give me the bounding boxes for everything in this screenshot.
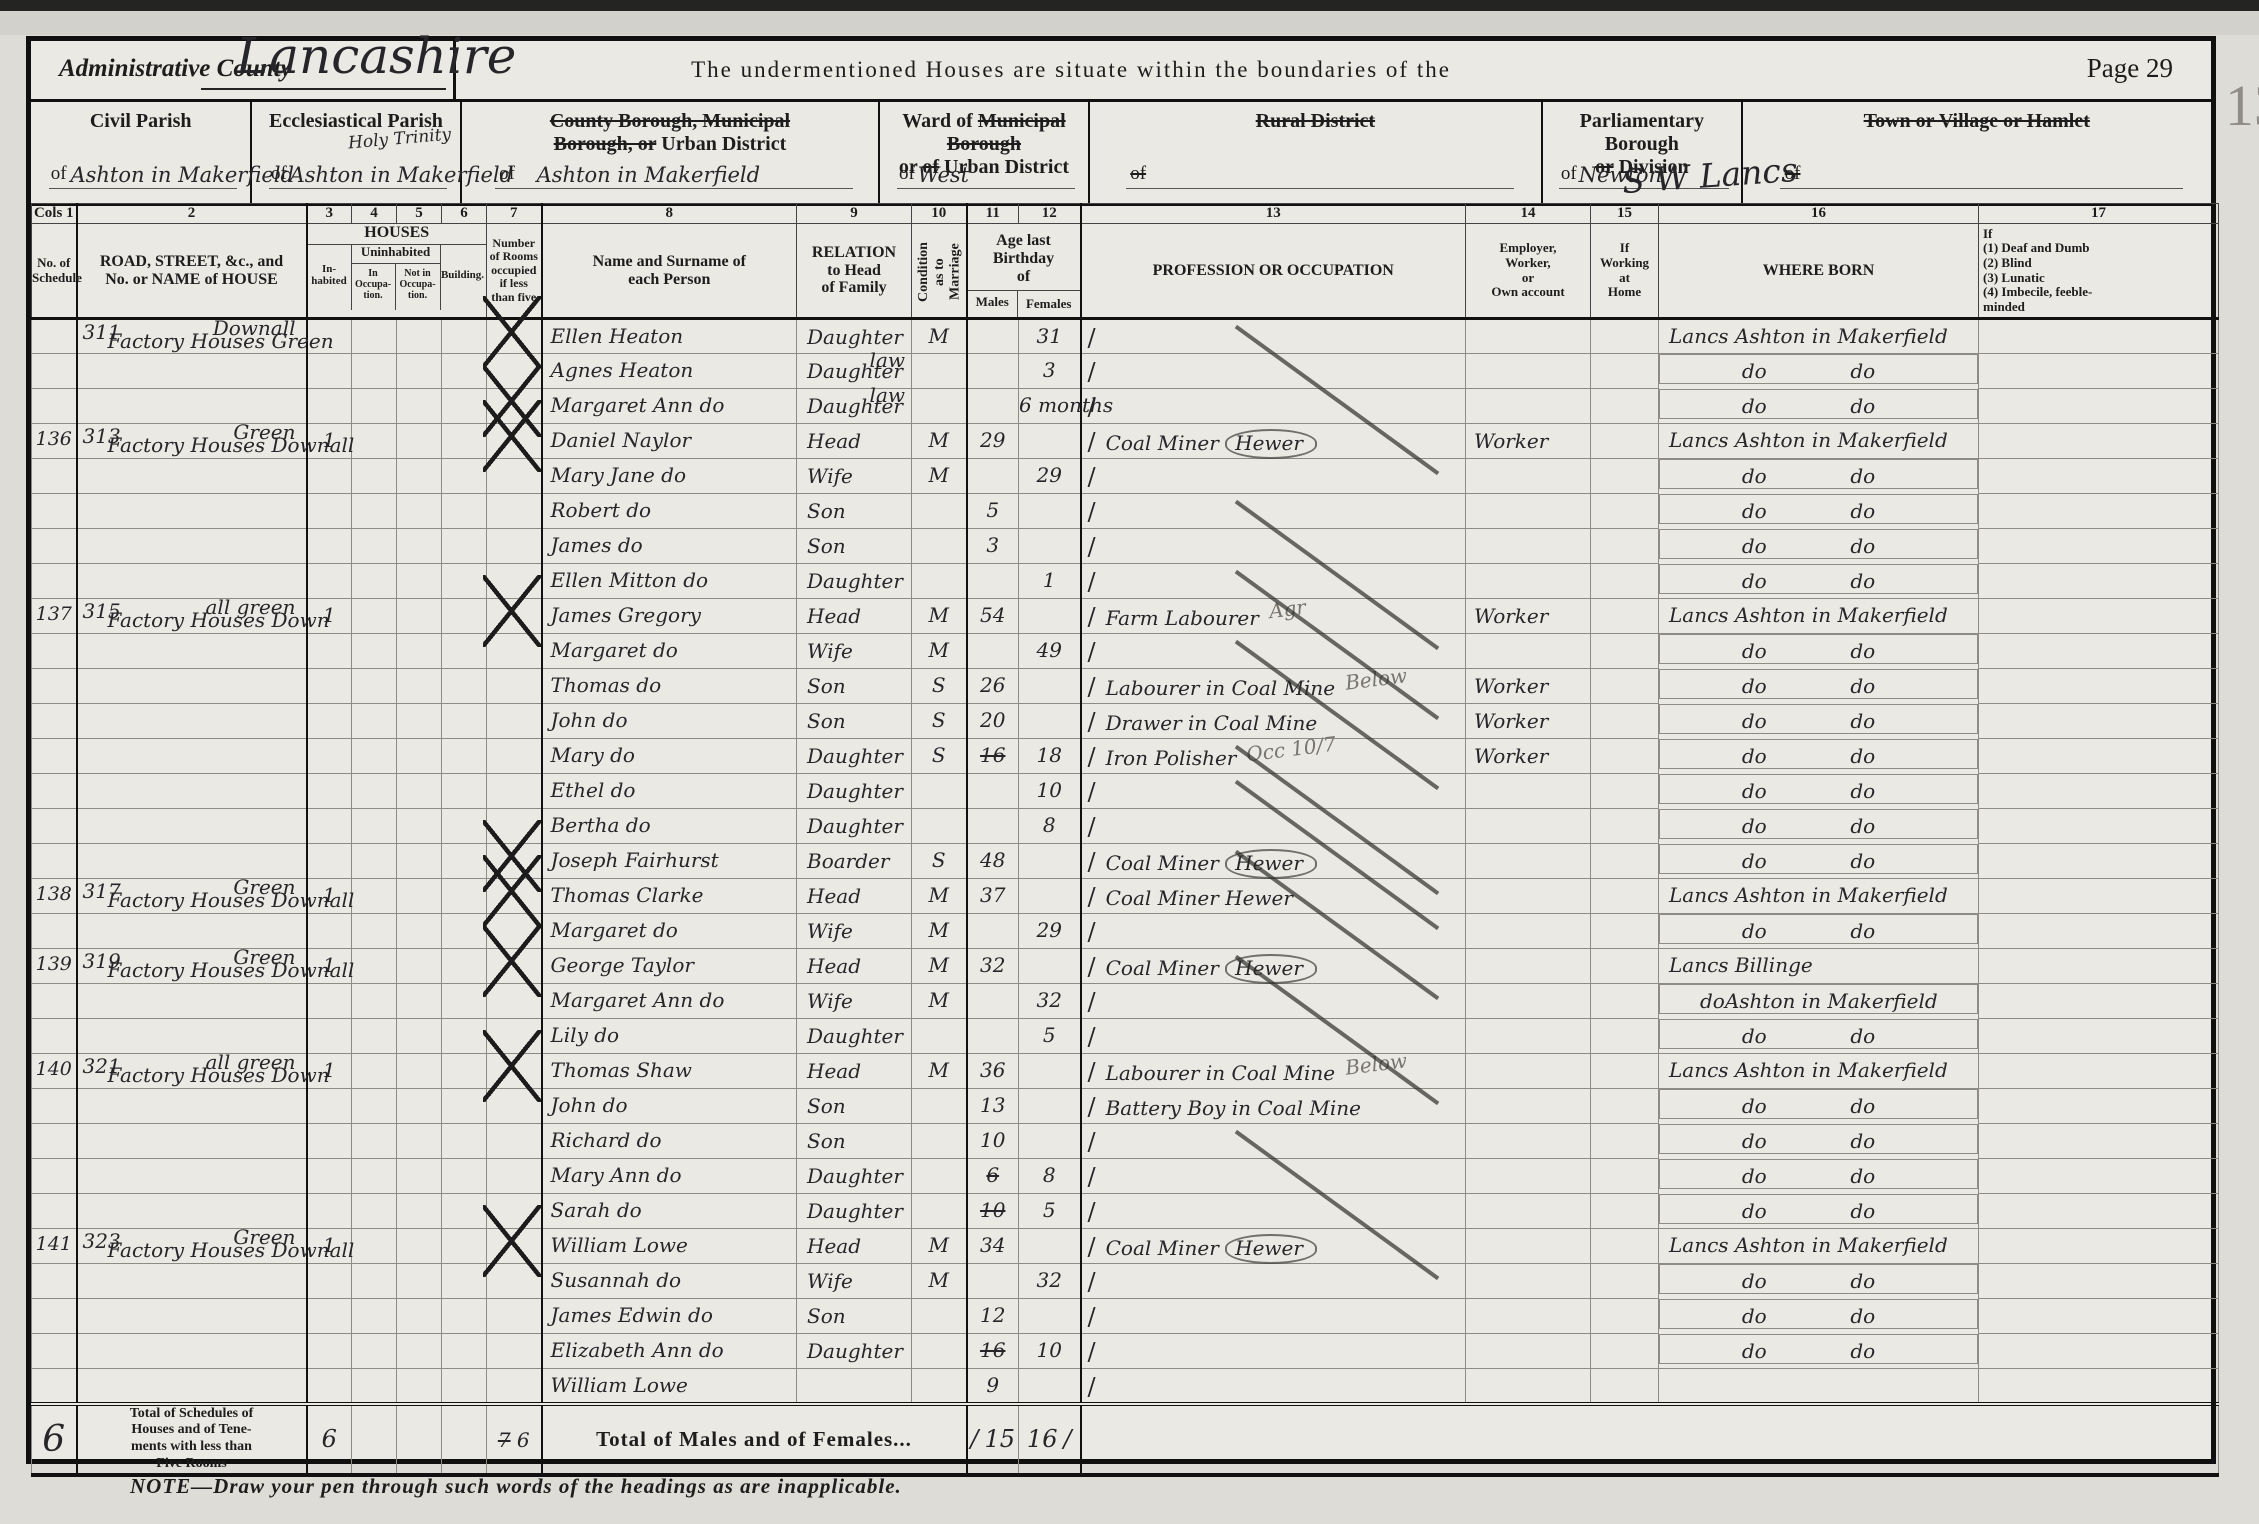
occupation-text: Farm Labourer [1106,606,1259,630]
rooms-cell [487,494,542,529]
rooms-cell [487,1369,542,1404]
born-left: do [1742,1199,1767,1223]
infirmity-cell [1979,1089,2219,1124]
building-cell [442,494,487,529]
totals-empty-cell [1081,1404,2219,1475]
district-title-text: Urban District [656,133,786,155]
inhabited-cell [307,1264,352,1299]
home-cell [1591,1124,1659,1159]
street-cell [77,844,307,879]
schedule-cell [32,739,77,774]
in-occupation-cell [352,1159,397,1194]
born-right: do [1850,1304,1875,1328]
totals-rooms-cell: 7 6 [487,1404,542,1475]
street-cell: 319Factory Houses DownallGreen [77,949,307,984]
age-male-cell: 6 [967,1159,1019,1194]
infirmity-cell [1979,914,2219,949]
street-cell [77,354,307,389]
employer-cell: Worker [1466,669,1591,704]
born-right: do [1850,849,1875,873]
age-female-cell [1019,529,1081,564]
person-row: 136313Factory Houses DownallGreen1Daniel… [32,424,2219,459]
home-cell [1591,739,1659,774]
condition-cell: M [912,459,967,494]
pencil-annotation: Below [1344,1048,1409,1079]
building-cell [442,1159,487,1194]
rooms-cell [487,529,542,564]
infirmity-cell [1979,424,2219,459]
person-row: Margaret Ann doDaughterlaw6 monthsdodo [32,389,2219,424]
header-inhabited: In- habited [308,245,352,310]
footer-note: NOTE—Draw your pen through such words of… [130,1474,902,1499]
name-cell: Ellen Mitton do [542,564,797,599]
relation-cell: Head [797,879,912,914]
name-cell: Susannah do [542,1264,797,1299]
not-in-occupation-cell [397,529,442,564]
occupation-cell [1081,494,1466,529]
relation-cell [797,1369,912,1404]
inhabited-cell [307,1369,352,1404]
rooms-cell [487,564,542,599]
born-left: do [1742,814,1767,838]
schedule-cell [32,844,77,879]
street-cell [77,494,307,529]
age-male-cell: 5 [967,494,1019,529]
born-right: do [1850,709,1875,733]
employer-cell [1466,494,1591,529]
born-left: Lancs Billinge [1669,953,1813,977]
admin-band: Administrative County Lancashire The und… [31,41,2211,102]
person-row: 141323Factory Houses DownallGreen1Willia… [32,1229,2219,1264]
born-cell: dodo [1659,494,1978,524]
district-fill-line [495,188,853,189]
age-male-cell [967,914,1019,949]
person-row: Mary doDaughterS1618Iron PolisherOcc 10/… [32,739,2219,774]
in-occupation-cell [352,1369,397,1404]
relation-cell: Head [797,599,912,634]
street-cell [77,704,307,739]
age-female-cell: 3 [1019,354,1081,389]
born-right: do [1850,1269,1875,1293]
condition-cell: M [912,319,967,354]
street-cell [77,1159,307,1194]
relation-cell: Son [797,494,912,529]
occupation-cell: Labourer in Coal MineBelow [1081,1054,1466,1089]
occupation-cell: Coal Miner Hewer [1081,1229,1466,1264]
street-name: Factory Houses Downall [108,1238,355,1262]
condition-cell: M [912,424,967,459]
age-female-cell [1019,1229,1081,1264]
building-cell [442,809,487,844]
relation-cell: Daughter [797,809,912,844]
occupation-text: Labourer in Coal Mine [1106,1061,1336,1085]
condition-cell [912,1334,967,1369]
born-left: Lancs Ashton in Makerfield [1669,1233,1948,1257]
street-suffix: all green [206,1050,296,1074]
totals-empty-cell [352,1404,397,1475]
employer-cell: Worker [1466,424,1591,459]
district-of-label: of [499,163,515,185]
born-cell: dodo [1659,739,1978,769]
infirmity-cell [1979,389,2219,424]
person-row: Sarah doDaughter105dodo [32,1194,2219,1229]
rooms-cell [487,424,542,459]
in-occupation-cell [352,704,397,739]
occupation-circled-word: Hewer [1225,1234,1317,1264]
name-cell: Robert do [542,494,797,529]
relation-cell: Son [797,704,912,739]
street-cell [77,809,307,844]
struck-age: 6 [986,1163,999,1187]
condition-cell: S [912,704,967,739]
header-relation: RELATION to Head of Family [797,224,912,319]
street-name: Factory Houses Downall [108,433,355,457]
born-left: do [1742,919,1767,943]
born-right: do [1850,744,1875,768]
street-cell [77,1369,307,1404]
home-cell [1591,914,1659,949]
employer-cell [1466,879,1591,914]
age-value: 26 [980,673,1005,697]
relation-cell: Wife [797,914,912,949]
employer-cell [1466,634,1591,669]
header-employer: Employer, Worker, or Own account [1466,224,1591,319]
born-cell: dodo [1659,704,1978,734]
home-cell [1591,809,1659,844]
header-road-street: ROAD, STREET, &c., and No. or NAME of HO… [77,224,307,319]
inhabited-cell [307,774,352,809]
street-cell: 323Factory Houses DownallGreen [77,1229,307,1264]
relation-cell: Daughter [797,1159,912,1194]
occupation-cell [1081,319,1466,354]
margin-stamp-number: 13 [2225,72,2259,139]
condition-cell: M [912,914,967,949]
person-row: 138317Factory Houses DownallGreen1Thomas… [32,879,2219,914]
schedule-cell [32,1299,77,1334]
infirmity-cell [1979,774,2219,809]
occupation-cell [1081,1299,1466,1334]
col-number: 5 [397,204,442,224]
born-cell: dodo [1659,1194,1978,1224]
in-occupation-cell [352,879,397,914]
age-female-cell [1019,1369,1081,1404]
person-row: Lily doDaughter5dodo [32,1019,2219,1054]
infirmity-cell [1979,739,2219,774]
home-cell [1591,704,1659,739]
age-male-cell: 37 [967,879,1019,914]
building-cell [442,1089,487,1124]
inhabited-cell [307,914,352,949]
not-in-occupation-cell [397,1054,442,1089]
infirmity-cell [1979,704,2219,739]
age-male-cell: 32 [967,949,1019,984]
schedule-cell [32,529,77,564]
condition-cell: S [912,739,967,774]
district-of-label: of [51,163,67,185]
schedule-cell [32,914,77,949]
inhabited-cell [307,634,352,669]
totals-females-cell: 16 [1019,1404,1081,1475]
infirmity-cell [1979,1159,2219,1194]
born-left: do [1742,359,1767,383]
born-left: do [1742,1269,1767,1293]
schedule-cell [32,564,77,599]
name-cell: Mary Ann do [542,1159,797,1194]
age-female-cell [1019,494,1081,529]
condition-cell [912,1299,967,1334]
street-cell: 315Factory Houses Downall green [77,599,307,634]
district-fill-line [897,188,1075,189]
header-males: Males [968,291,1018,317]
district-of-label: of [1130,163,1146,185]
totals-schedule-cell: 6 [32,1404,77,1475]
relation-cell: Head [797,1054,912,1089]
home-cell [1591,564,1659,599]
not-in-occupation-cell [397,809,442,844]
district-title: Civil Parish [31,102,250,133]
occupation-text: Coal Miner Hewer [1106,886,1293,910]
inhabited-cell [307,494,352,529]
occupation-cell [1081,1334,1466,1369]
rooms-cell [487,389,542,424]
age-value: 3 [986,533,999,557]
condition-cell: S [912,669,967,704]
born-cell: dodo [1659,1334,1978,1364]
rooms-cell [487,1229,542,1264]
person-row: Mary Jane doWifeM29dodo [32,459,2219,494]
employer-cell [1466,949,1591,984]
employer-cell [1466,1229,1591,1264]
header-in-occupation: In Occupa- tion. [352,264,396,310]
born-left: do [1742,1024,1767,1048]
district-town-village-hamlet: Town or Village or Hamletof [1743,102,2211,203]
born-cell: dodo [1659,1124,1978,1154]
header-houses: HOUSES [308,224,487,245]
age-male-cell [967,459,1019,494]
age-male-cell: 10 [967,1124,1019,1159]
district-fill-line [1780,188,2183,189]
age-female-cell: 8 [1019,809,1081,844]
header-infirmity: If (1) Deaf and Dumb (2) Blind (3) Lunat… [1979,224,2219,319]
rooms-cell [487,1054,542,1089]
relation-cell: Daughter [797,1019,912,1054]
in-occupation-cell [352,774,397,809]
occupation-circled-word: Hewer [1225,429,1317,459]
relation-cell: Son [797,529,912,564]
person-row: Richard doSon10dodo [32,1124,2219,1159]
age-value: 32 [980,953,1005,977]
in-occupation-cell [352,1194,397,1229]
header-age: Age last Birthday of [968,224,1080,290]
born-right: do [1850,569,1875,593]
street-cell [77,1299,307,1334]
census-table-head: Cols 1 2 3 4 5 6 7 8 9 10 11 12 13 14 [32,204,2219,319]
born-right: do [1850,674,1875,698]
building-cell [442,774,487,809]
building-cell [442,1019,487,1054]
person-row: Agnes HeatonDaughterlaw3dodo [32,354,2219,389]
totals-rooms-value: 6 [511,1428,530,1452]
not-in-occupation-cell [397,1194,442,1229]
condition-cell [912,354,967,389]
street-cell [77,564,307,599]
occupation-cell: Coal Miner Hewer [1081,949,1466,984]
page-number: Page 29 [2087,53,2173,84]
infirmity-cell [1979,354,2219,389]
rooms-cell [487,1019,542,1054]
born-right: do [1850,1024,1875,1048]
age-male-cell [967,389,1019,424]
occupation-cell [1081,1194,1466,1229]
name-cell: George Taylor [542,949,797,984]
not-in-occupation-cell [397,564,442,599]
infirmity-cell [1979,1264,2219,1299]
condition-cell: M [912,879,967,914]
name-cell: Joseph Fairhurst [542,844,797,879]
employer-cell: Worker [1466,739,1591,774]
in-occupation-cell [352,389,397,424]
born-right: do [1850,1164,1875,1188]
employer-cell: Worker [1466,704,1591,739]
occupation-cell [1081,1264,1466,1299]
age-male-cell: 13 [967,1089,1019,1124]
age-male-cell [967,564,1019,599]
age-male-cell: 48 [967,844,1019,879]
age-female-cell: 32 [1019,1264,1081,1299]
rooms-cell [487,1264,542,1299]
condition-cell [912,389,967,424]
age-value: 12 [980,1303,1005,1327]
not-in-occupation-cell [397,739,442,774]
street-cell [77,1194,307,1229]
district-of-label: of [271,163,287,185]
age-male-cell: 16 [967,1334,1019,1369]
infirmity-cell [1979,564,2219,599]
age-female-cell: 10 [1019,774,1081,809]
in-occupation-cell [352,564,397,599]
condition-cell: M [912,1229,967,1264]
home-cell [1591,459,1659,494]
name-cell: Richard do [542,1124,797,1159]
age-female-cell: 10 [1019,1334,1081,1369]
home-cell [1591,1229,1659,1264]
born-cell: dodo [1659,459,1978,489]
header-uninhabited-group: Uninhabited In Occupa- tion. Not in Occu… [352,245,441,310]
person-row: William Lowe9 [32,1369,2219,1404]
street-cell [77,914,307,949]
schedule-cell [32,809,77,844]
age-male-cell: 26 [967,669,1019,704]
street-cell [77,1264,307,1299]
rooms-cell [487,459,542,494]
age-male-cell [967,634,1019,669]
born-right: do [1850,814,1875,838]
situate-text: The undermentioned Houses are situate wi… [591,57,1551,83]
header-uninhabited: Uninhabited [352,245,440,264]
home-cell [1591,1299,1659,1334]
age-male-cell: 34 [967,1229,1019,1264]
street-cell [77,669,307,704]
col-number: 3 [307,204,352,224]
not-in-occupation-cell [397,1229,442,1264]
not-in-occupation-cell [397,984,442,1019]
rooms-cell [487,319,542,354]
born-left: Lancs Ashton in Makerfield [1669,883,1948,907]
occupation-text: Coal Miner [1106,1236,1226,1260]
not-in-occupation-cell [397,634,442,669]
street-name: Factory Houses Downall [108,958,355,982]
name-cell: Thomas do [542,669,797,704]
not-in-occupation-cell [397,1334,442,1369]
rooms-cell [487,1124,542,1159]
age-value: 48 [980,848,1005,872]
district-title-text: County Borough, Municipal [550,110,790,132]
name-cell: Thomas Shaw [542,1054,797,1089]
in-occupation-cell [352,1054,397,1089]
table-wrap: Cols 1 2 3 4 5 6 7 8 9 10 11 12 13 14 [31,203,2219,1477]
totals-rooms-struck: 7 [498,1428,511,1452]
condition-cell [912,1089,967,1124]
col-number: 17 [1979,204,2219,224]
district-ward: Ward of Municipal Boroughor of Urban Dis… [880,102,1089,203]
not-in-occupation-cell [397,424,442,459]
building-cell [442,844,487,879]
relation-cell: Daughter [797,739,912,774]
employer-cell [1466,529,1591,564]
relation-cell: Wife [797,984,912,1019]
born-left: do [1742,1164,1767,1188]
occupation-cell [1081,1369,1466,1404]
born-left: Lancs Ashton in Makerfield [1669,1058,1948,1082]
header-not-in-occupation: Not in Occupa- tion. [396,264,440,310]
building-cell [442,1054,487,1089]
born-left: do [1742,1094,1767,1118]
district-county-borough: County Borough, MunicipalBorough, or Urb… [462,102,881,203]
schedule-cell [32,774,77,809]
born-left: do [1742,674,1767,698]
schedule-cell [32,704,77,739]
relation-cell: Son [797,669,912,704]
totals-inhabited-cell: 6 [307,1404,352,1475]
relation-cell: Boarder [797,844,912,879]
born-right: do [1850,1199,1875,1223]
header-houses-group: HOUSES In- habited Uninhabited In Occupa… [307,224,487,319]
infirmity-cell [1979,1194,2219,1229]
condition-cell [912,1124,967,1159]
street-suffix: Downall [213,316,296,340]
schedule-cell: 137 [32,599,77,634]
col-number: 12 [1019,204,1081,224]
name-cell: Mary Jane do [542,459,797,494]
schedule-cell [32,1369,77,1404]
rooms-cell [487,354,542,389]
age-female-cell [1019,844,1081,879]
street-cell: 311Factory Houses GreenDownall [77,319,307,354]
age-male-cell: 12 [967,1299,1019,1334]
age-female-cell [1019,1089,1081,1124]
age-value: 54 [980,603,1005,627]
occupation-cell: Labourer in Coal MineBelow [1081,669,1466,704]
street-cell [77,1089,307,1124]
infirmity-cell [1979,669,2219,704]
street-cell [77,459,307,494]
occupation-text: Coal Miner [1106,851,1226,875]
employer-cell [1466,389,1591,424]
header-condition: Condition as to Marriage [912,224,967,319]
building-cell [442,459,487,494]
person-row: Joseph FairhurstBoarderS48Coal Miner Hew… [32,844,2219,879]
inhabited-cell [307,739,352,774]
